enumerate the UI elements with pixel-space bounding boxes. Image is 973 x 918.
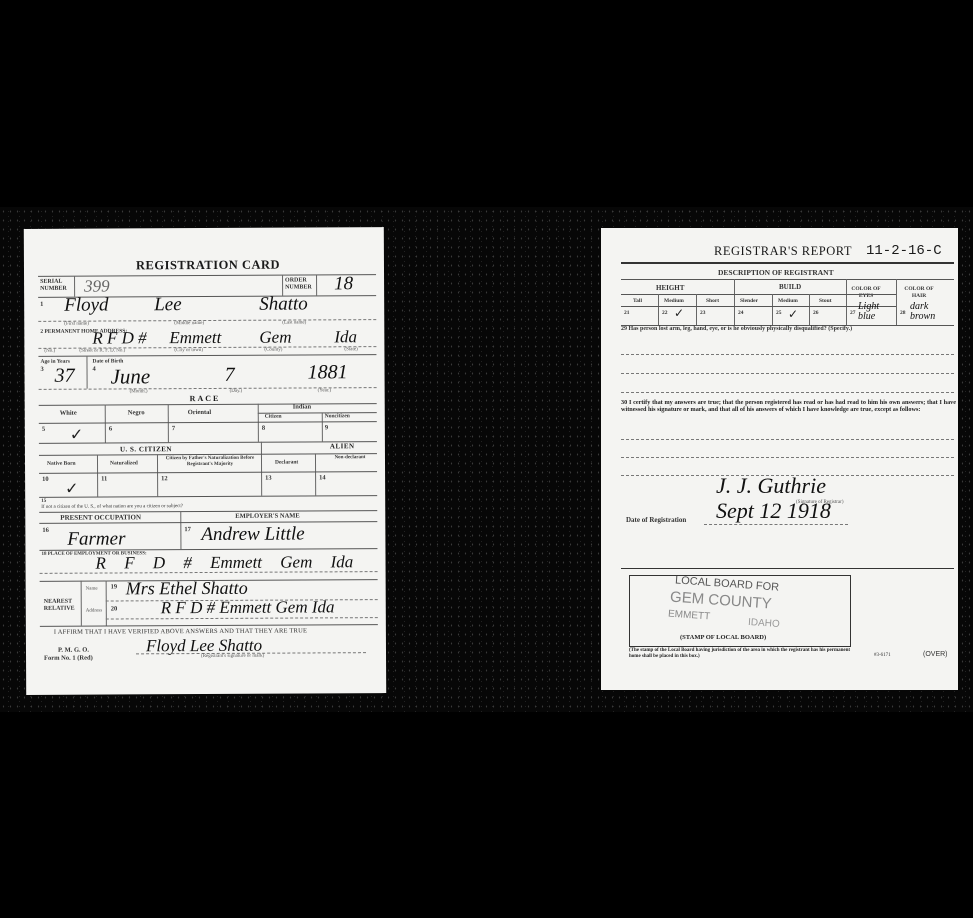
over-label: (OVER) [923,651,948,658]
birth-month: June [110,364,150,389]
occupation-header: PRESENT OCCUPATION [60,513,141,521]
white-checkmark: ✓ [70,425,84,444]
address-county: Gem [259,328,291,348]
card-title: REGISTRATION CARD [136,258,280,274]
birth-day: 7 [224,364,234,387]
medium-height-checkmark: ✓ [674,306,684,320]
last-name: Shatto [259,293,308,315]
us-citizen-header: U. S. CITIZEN [120,445,172,453]
employer-header: EMPLOYER'S NAME [235,513,300,520]
registrars-report-card: REGISTRAR'S REPORT 11-2-16-C DESCRIPTION… [601,228,958,690]
address-city: Emmett [169,328,221,348]
middle-name: Lee [154,294,182,316]
registrar-signature: J. J. Guthrie [716,473,826,499]
question-30: 30 I certify that my answers are true; t… [621,400,956,414]
stamp-box: LOCAL BOARD FOR GEM COUNTY EMMETT IDAHO … [629,575,851,647]
address-state: Ida [334,327,357,347]
nation-question: If not a citizen of the U. S., of what n… [41,504,183,510]
first-name: Floyd [64,295,108,317]
address-street: R F D # [92,328,146,348]
report-title: REGISTRAR'S REPORT [714,244,852,259]
question-29: 29 Has person lost arm, leg, hand, eye, … [621,326,956,333]
registration-card: REGISTRATION CARD SERIAL NUMBER 399 ORDE… [24,227,386,695]
medium-build-checkmark: ✓ [788,307,798,321]
date-label: Date of Registration [626,516,686,524]
native-born-checkmark: ✓ [65,479,79,498]
registration-date: Sept 12 1918 [716,498,831,524]
serial-label: SERIAL NUMBER [40,279,72,293]
order-number: 18 [334,273,353,295]
birth-year: 1881 [307,361,347,384]
hair-color: dark brown [910,302,955,322]
relative-name: Mrs Ethel Shatto [126,578,248,600]
alien-header: ALIEN [330,442,355,450]
nearest-relative-label: NEAREST RELATIVE [44,599,76,613]
employment-address: R F D # Emmett Gem Ida [95,552,353,573]
age-value: 37 [54,365,74,388]
employer-value: Andrew Little [201,523,304,546]
description-header: DESCRIPTION OF REGISTRANT [718,268,834,277]
order-label: ORDER NUMBER [285,277,315,291]
form-code: #3-6171 [874,653,891,658]
report-code: 11-2-16-C [866,243,942,259]
race-header: RACE [190,394,221,403]
relative-address: R F D # Emmett Gem Ida [161,597,335,618]
affirm-statement: I AFFIRM THAT I HAVE VERIFIED ABOVE ANSW… [54,627,307,635]
eye-color: Light blue [858,302,896,322]
occupation-value: Farmer [67,528,125,550]
stamp-note: (The stamp of the Local Board having jur… [629,648,859,660]
